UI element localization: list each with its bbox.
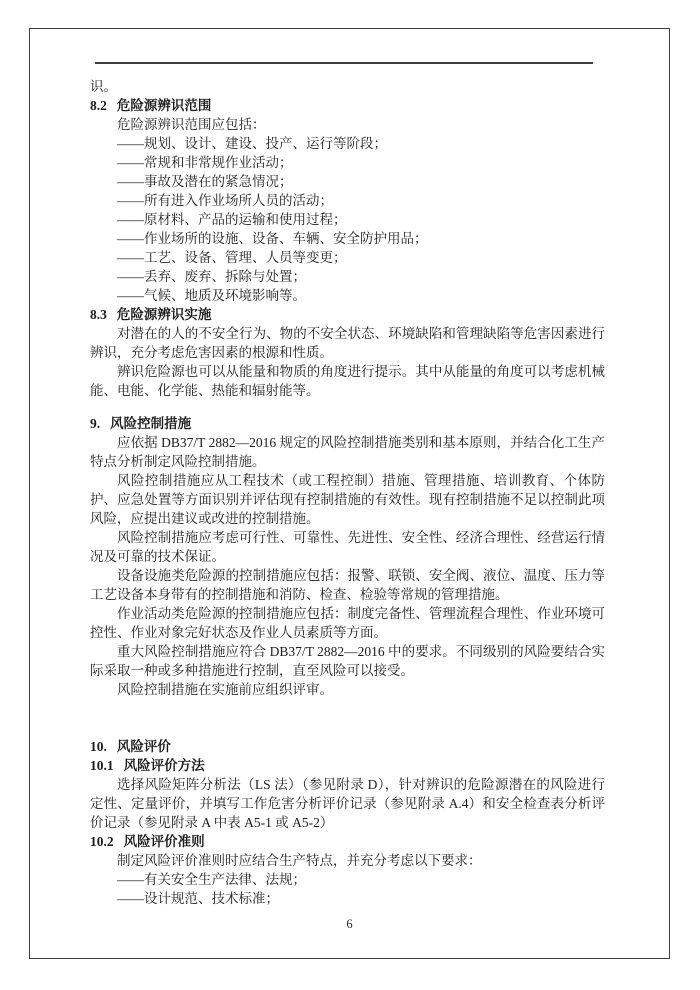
dash-prefix: —— <box>117 155 144 170</box>
list-item-text: 规划、设计、建设、投产、运行等阶段； <box>144 136 387 151</box>
list-item: ——工艺、设备、管理、人员等变更； <box>90 248 605 267</box>
section-number: 10.2 <box>90 834 114 849</box>
section-heading-8-3: 8.3危险源辨识实施 <box>90 305 605 324</box>
dash-prefix: —— <box>117 174 144 189</box>
paragraph: 选择风险矩阵分析法（LS 法）（参见附录 D），针对辨识的危险源潜在的风险进行定… <box>90 775 605 832</box>
list-item-text: 工艺、设备、管理、人员等变更； <box>144 250 347 265</box>
dash-prefix: —— <box>117 136 144 151</box>
list-item: ——事故及潜在的紧急情况； <box>90 172 605 191</box>
section-heading-10-2: 10.2风险评价准则 <box>90 832 605 851</box>
dash-prefix: —— <box>117 250 144 265</box>
dash-prefix: —— <box>117 193 144 208</box>
paragraph: 设备设施类危险源的控制措施应包括：报警、联锁、安全阀、液位、温度、压力等工艺设备… <box>90 566 605 604</box>
dash-prefix: —— <box>117 891 144 906</box>
section-number: 8.3 <box>90 307 107 322</box>
section-heading-10: 10.风险评价 <box>90 737 605 756</box>
section-heading-10-1: 10.1风险评价方法 <box>90 756 605 775</box>
list-item-text: 作业场所的设施、设备、车辆、安全防护用品； <box>144 231 428 246</box>
list-item-text: 丢弃、废弃、拆除与处置； <box>144 269 306 284</box>
paragraph: 重大风险控制措施应符合 DB37/T 2882—2016 中的要求。不同级别的风… <box>90 642 605 680</box>
list-item: ——常规和非常规作业活动； <box>90 153 605 172</box>
section-title: 危险源辨识实施 <box>117 307 212 322</box>
section-title: 风险评价 <box>117 739 171 754</box>
section-number: 8.2 <box>90 98 107 113</box>
paragraph: 应依据 DB37/T 2882—2016 规定的风险控制措施类别和基本原则，并结… <box>90 433 605 471</box>
section-title: 危险源辨识范围 <box>117 98 212 113</box>
dash-prefix: —— <box>117 872 144 887</box>
list-item-text: 原材料、产品的运输和使用过程； <box>144 212 347 227</box>
list-item-text: 常规和非常规作业活动； <box>144 155 293 170</box>
paragraph: 作业活动类危险源的控制措施应包括：制度完备性、管理流程合理性、作业环境可控性、作… <box>90 604 605 642</box>
list-item: ——气候、地质及环境影响等。 <box>90 286 605 305</box>
paragraph: 辨识危险源也可以从能量和物质的角度进行提示。其中从能量的角度可以考虑机械能、电能… <box>90 362 605 400</box>
list-item: ——丢弃、废弃、拆除与处置； <box>90 267 605 286</box>
section-number: 10.1 <box>90 758 114 773</box>
section-number: 10. <box>90 739 107 754</box>
paragraph: 风险控制措施应从工程技术（或工程控制）措施、管理措施、培训教育、个体防护、应急处… <box>90 471 605 528</box>
list-item: ——有关安全生产法律、法规； <box>90 870 605 889</box>
page-number: 6 <box>29 917 670 932</box>
continuation-text: 识。 <box>90 77 605 96</box>
list-item-text: 事故及潜在的紧急情况； <box>144 174 293 189</box>
section-heading-8-2: 8.2危险源辨识范围 <box>90 96 605 115</box>
paragraph: 制定风险评价准则时应结合生产特点，并充分考虑以下要求： <box>90 851 605 870</box>
header-rule <box>95 62 593 64</box>
document-body: 识。8.2危险源辨识范围危险源辨识范围应包括：——规划、设计、建设、投产、运行等… <box>90 77 605 908</box>
list-item: ——设计规范、技术标准； <box>90 889 605 908</box>
section-title: 风险评价准则 <box>124 834 205 849</box>
list-item-text: 设计规范、技术标准； <box>144 891 279 906</box>
paragraph: 风险控制措施应考虑可行性、可靠性、先进性、安全性、经济合理性、经营运行情况及可靠… <box>90 528 605 566</box>
list-item: ——原材料、产品的运输和使用过程； <box>90 210 605 229</box>
list-item-text: 有关安全生产法律、法规； <box>144 872 306 887</box>
dash-prefix: —— <box>117 231 144 246</box>
paragraph: 对潜在的人的不安全行为、物的不安全状态、环境缺陷和管理缺陷等危害因素进行辨识，充… <box>90 324 605 362</box>
section-title: 风险控制措施 <box>110 416 191 431</box>
dash-prefix: —— <box>117 269 144 284</box>
section-number: 9. <box>90 416 100 431</box>
list-item: ——作业场所的设施、设备、车辆、安全防护用品； <box>90 229 605 248</box>
dash-prefix: —— <box>117 212 144 227</box>
list-item: ——所有进入作业场所人员的活动； <box>90 191 605 210</box>
paragraph: 危险源辨识范围应包括： <box>90 115 605 134</box>
dash-prefix: —— <box>117 288 144 303</box>
paragraph: 风险控制措施在实施前应组织评审。 <box>90 680 605 699</box>
list-item: ——规划、设计、建设、投产、运行等阶段； <box>90 134 605 153</box>
section-title: 风险评价方法 <box>124 758 205 773</box>
section-heading-9: 9.风险控制措施 <box>90 414 605 433</box>
list-item-text: 所有进入作业场所人员的活动； <box>144 193 333 208</box>
list-item-text: 气候、地质及环境影响等。 <box>144 288 306 303</box>
